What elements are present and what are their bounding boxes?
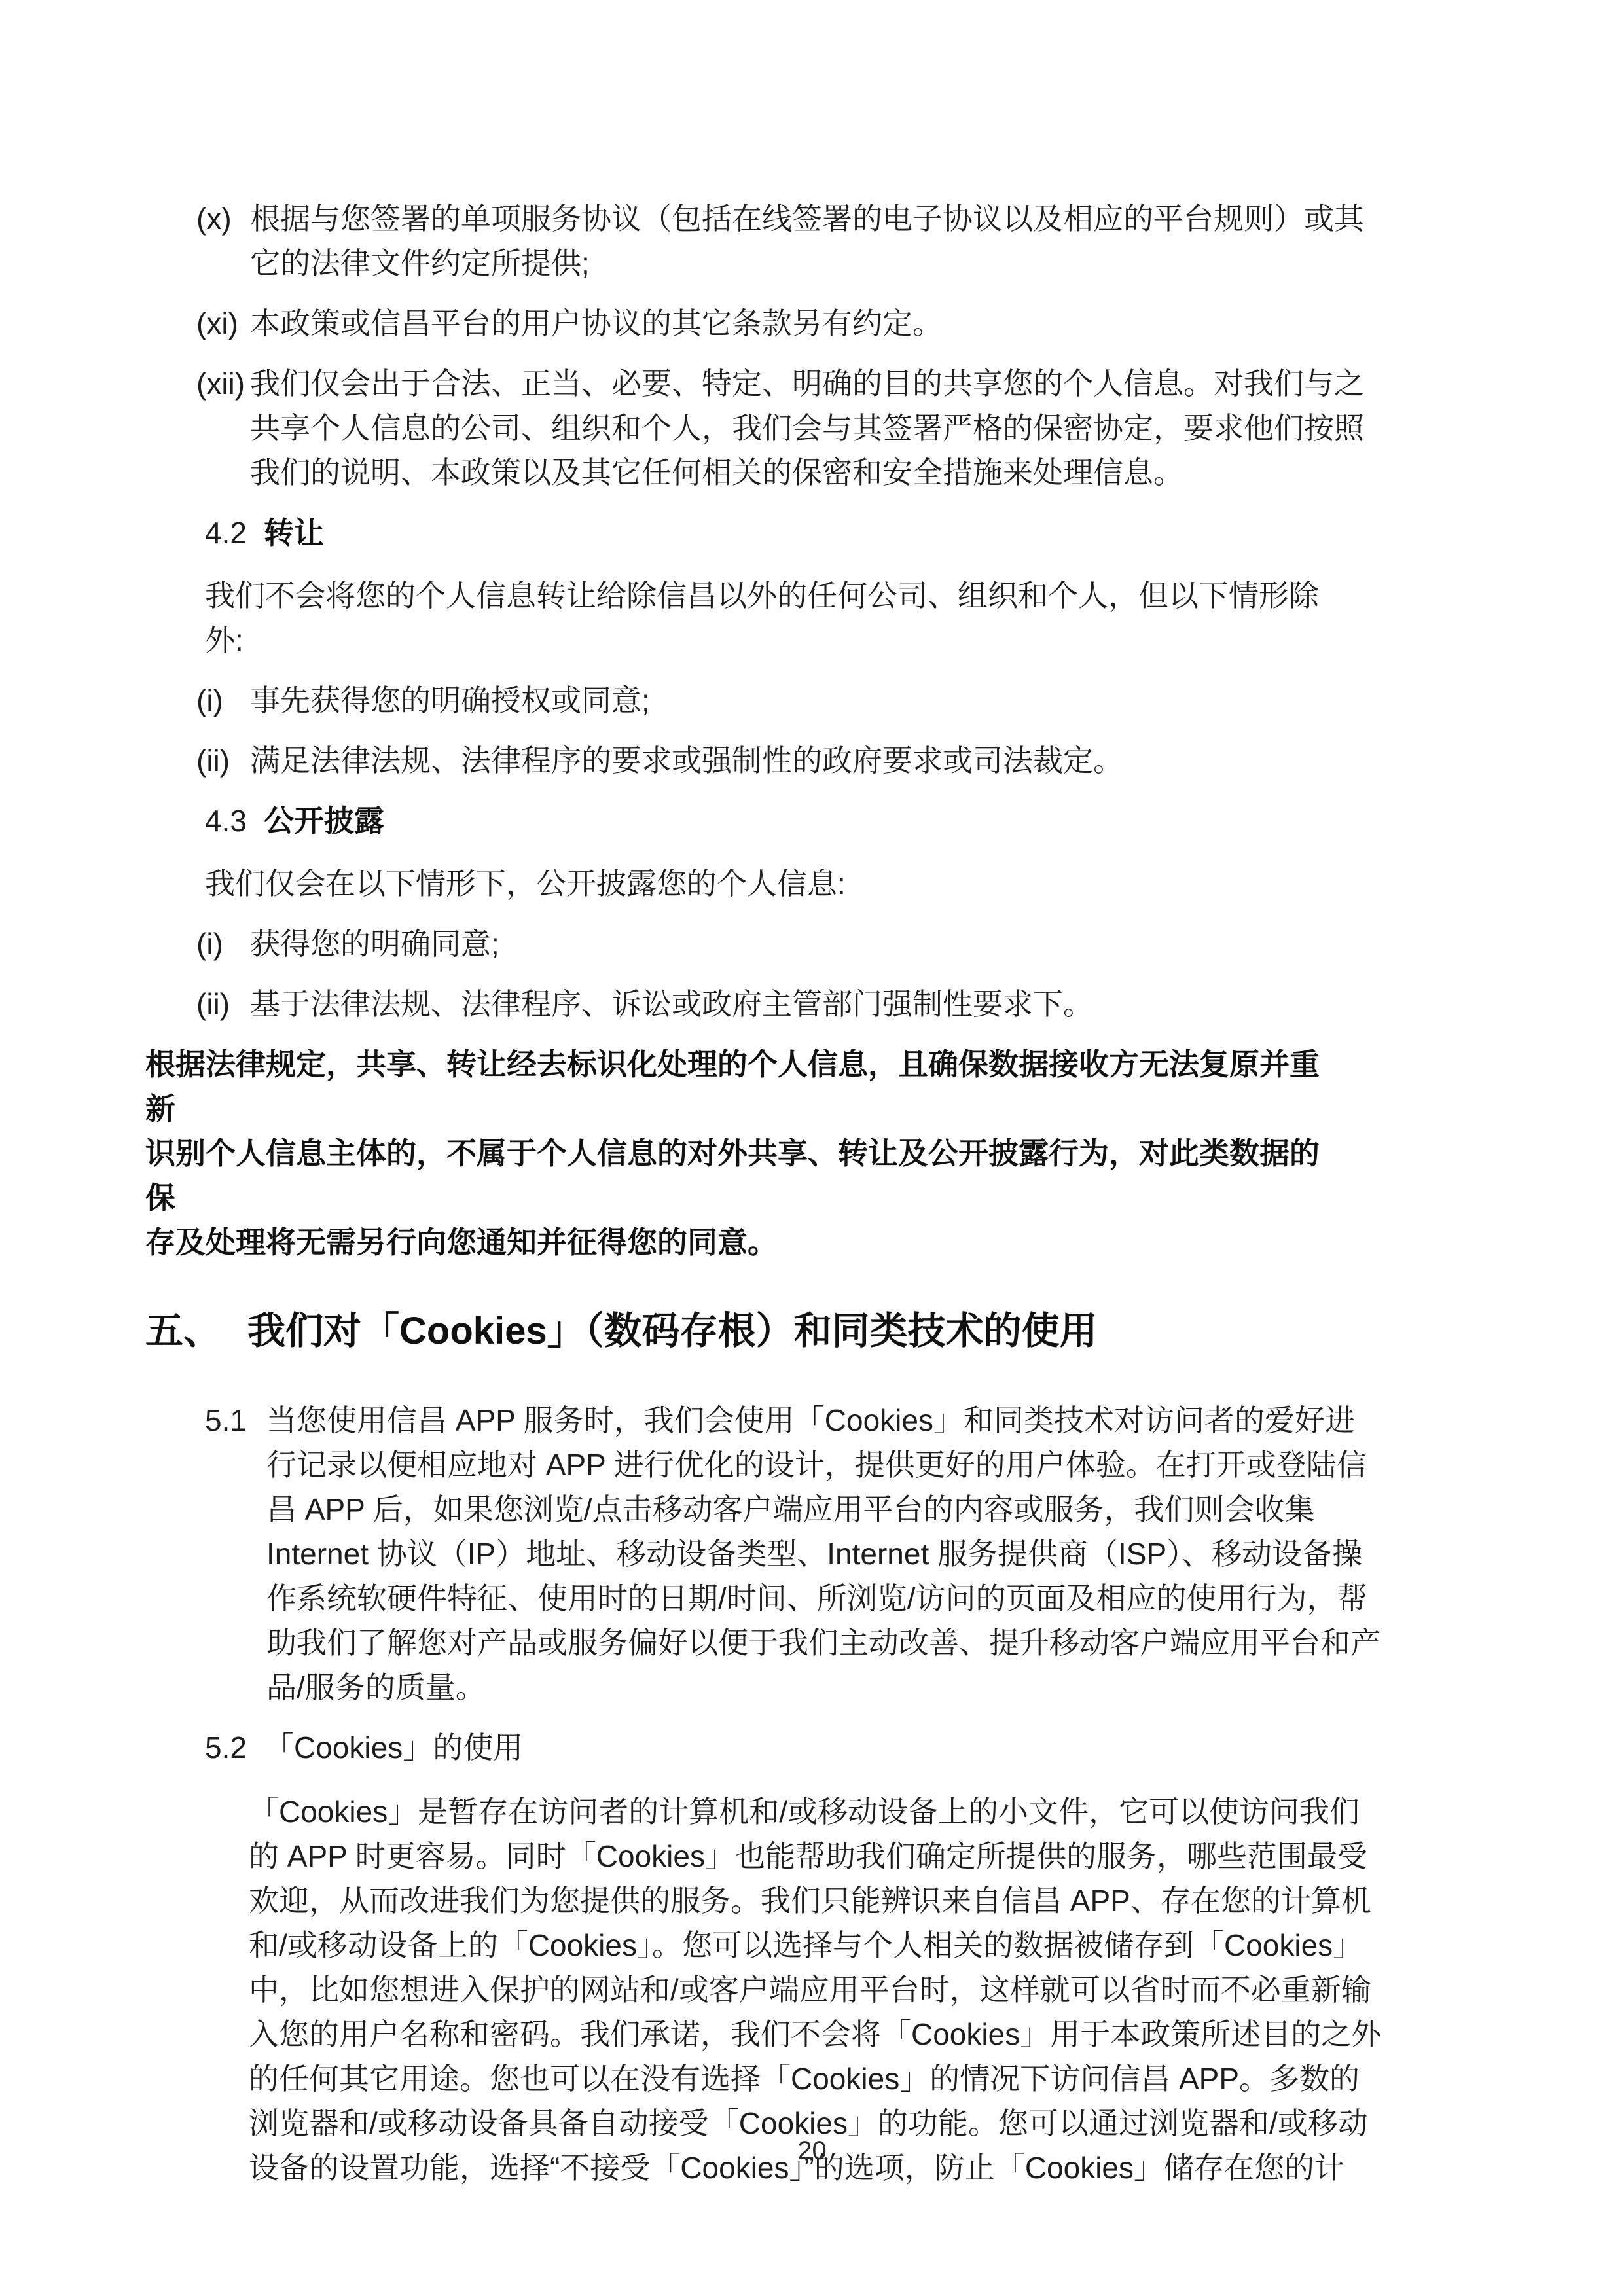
- list-item-4-2-i: (i) 事先获得您的明确授权或同意;: [196, 678, 1478, 723]
- list-item-text: 获得您的明确同意;: [250, 922, 1478, 966]
- chapter-number: 五、: [145, 1301, 247, 1361]
- section-5-1-text: 当您使用信昌 APP 服务时，我们会使用「Cookies」和同类技术对访问者的爱…: [266, 1398, 1478, 1710]
- list-item-text: 基于法律法规、法律程序、诉讼或政府主管部门强制性要求下。: [250, 982, 1478, 1026]
- list-item-4-2-ii: (ii) 满足法律法规、法律程序的要求或强制性的政府要求或司法裁定。: [196, 738, 1478, 783]
- list-item-x: (x) 根据与您签署的单项服务协议（包括在线签署的电子协议以及相应的平台规则）或…: [196, 196, 1478, 285]
- list-item-xii: (xii) 我们仅会出于合法、正当、必要、特定、明确的目的共享您的个人信息。对我…: [196, 361, 1478, 495]
- section-number: 4.2: [205, 511, 264, 555]
- document-content: (x) 根据与您签署的单项服务协议（包括在线签署的电子协议以及相应的平台规则）或…: [0, 196, 1624, 2190]
- section-4-3-paragraph: 我们仅会在以下情形下，公开披露您的个人信息:: [205, 861, 1478, 906]
- list-item-text: 我们仅会出于合法、正当、必要、特定、明确的目的共享您的个人信息。对我们与之 共享…: [250, 361, 1478, 495]
- list-item-4-3-i: (i) 获得您的明确同意;: [196, 922, 1478, 966]
- section-number: 5.2: [205, 1725, 264, 1770]
- list-item-label: (xii): [196, 361, 250, 495]
- list-item-5-1: 5.1 当您使用信昌 APP 服务时，我们会使用「Cookies」和同类技术对访…: [205, 1398, 1478, 1710]
- list-item-text: 满足法律法规、法律程序的要求或强制性的政府要求或司法裁定。: [250, 738, 1478, 783]
- section-heading-4-3: 4.3 公开披露: [205, 798, 1624, 843]
- document-page: (x) 根据与您签署的单项服务协议（包括在线签署的电子协议以及相应的平台规则）或…: [0, 0, 1624, 2296]
- list-item-text: 根据与您签署的单项服务协议（包括在线签署的电子协议以及相应的平台规则）或其 它的…: [250, 196, 1478, 285]
- page-number: 20: [0, 2135, 1624, 2166]
- section-number: 5.1: [205, 1398, 266, 1710]
- section-5-2-paragraph: 「Cookies」是暂存在访问者的计算机和/或移动设备上的小文件，它可以使访问我…: [249, 1789, 1478, 2190]
- list-item-text: 本政策或信昌平台的用户协议的其它条款另有约定。: [250, 301, 1478, 346]
- list-item-text: 事先获得您的明确授权或同意;: [250, 678, 1478, 723]
- list-item-label: (x): [196, 196, 250, 285]
- list-item-xi: (xi) 本政策或信昌平台的用户协议的其它条款另有约定。: [196, 301, 1478, 346]
- section-title: 公开披露: [264, 798, 384, 843]
- list-item-4-3-ii: (ii) 基于法律法规、法律程序、诉讼或政府主管部门强制性要求下。: [196, 982, 1478, 1026]
- section-heading-4-2: 4.2 转让: [205, 511, 1624, 555]
- chapter-title: 我们对「Cookies」（数码存根）和同类技术的使用: [247, 1301, 1098, 1361]
- deidentification-legal-note: 根据法律规定，共享、转让经去标识化处理的个人信息，且确保数据接收方无法复原并重新…: [145, 1042, 1343, 1265]
- list-item-label: (ii): [196, 738, 250, 783]
- list-item-label: (i): [196, 922, 250, 966]
- chapter-5-heading: 五、 我们对「Cookies」（数码存根）和同类技术的使用: [145, 1301, 1624, 1361]
- section-number: 4.3: [205, 798, 264, 843]
- list-item-label: (xi): [196, 301, 250, 346]
- section-title: 转让: [264, 511, 324, 555]
- section-title: 「Cookies」的使用: [264, 1725, 523, 1770]
- list-item-label: (ii): [196, 982, 250, 1026]
- section-heading-5-2: 5.2 「Cookies」的使用: [205, 1725, 1624, 1770]
- list-item-label: (i): [196, 678, 250, 723]
- section-4-2-paragraph: 我们不会将您的个人信息转让给除信昌以外的任何公司、组织和个人，但以下情形除 外:: [205, 573, 1478, 662]
